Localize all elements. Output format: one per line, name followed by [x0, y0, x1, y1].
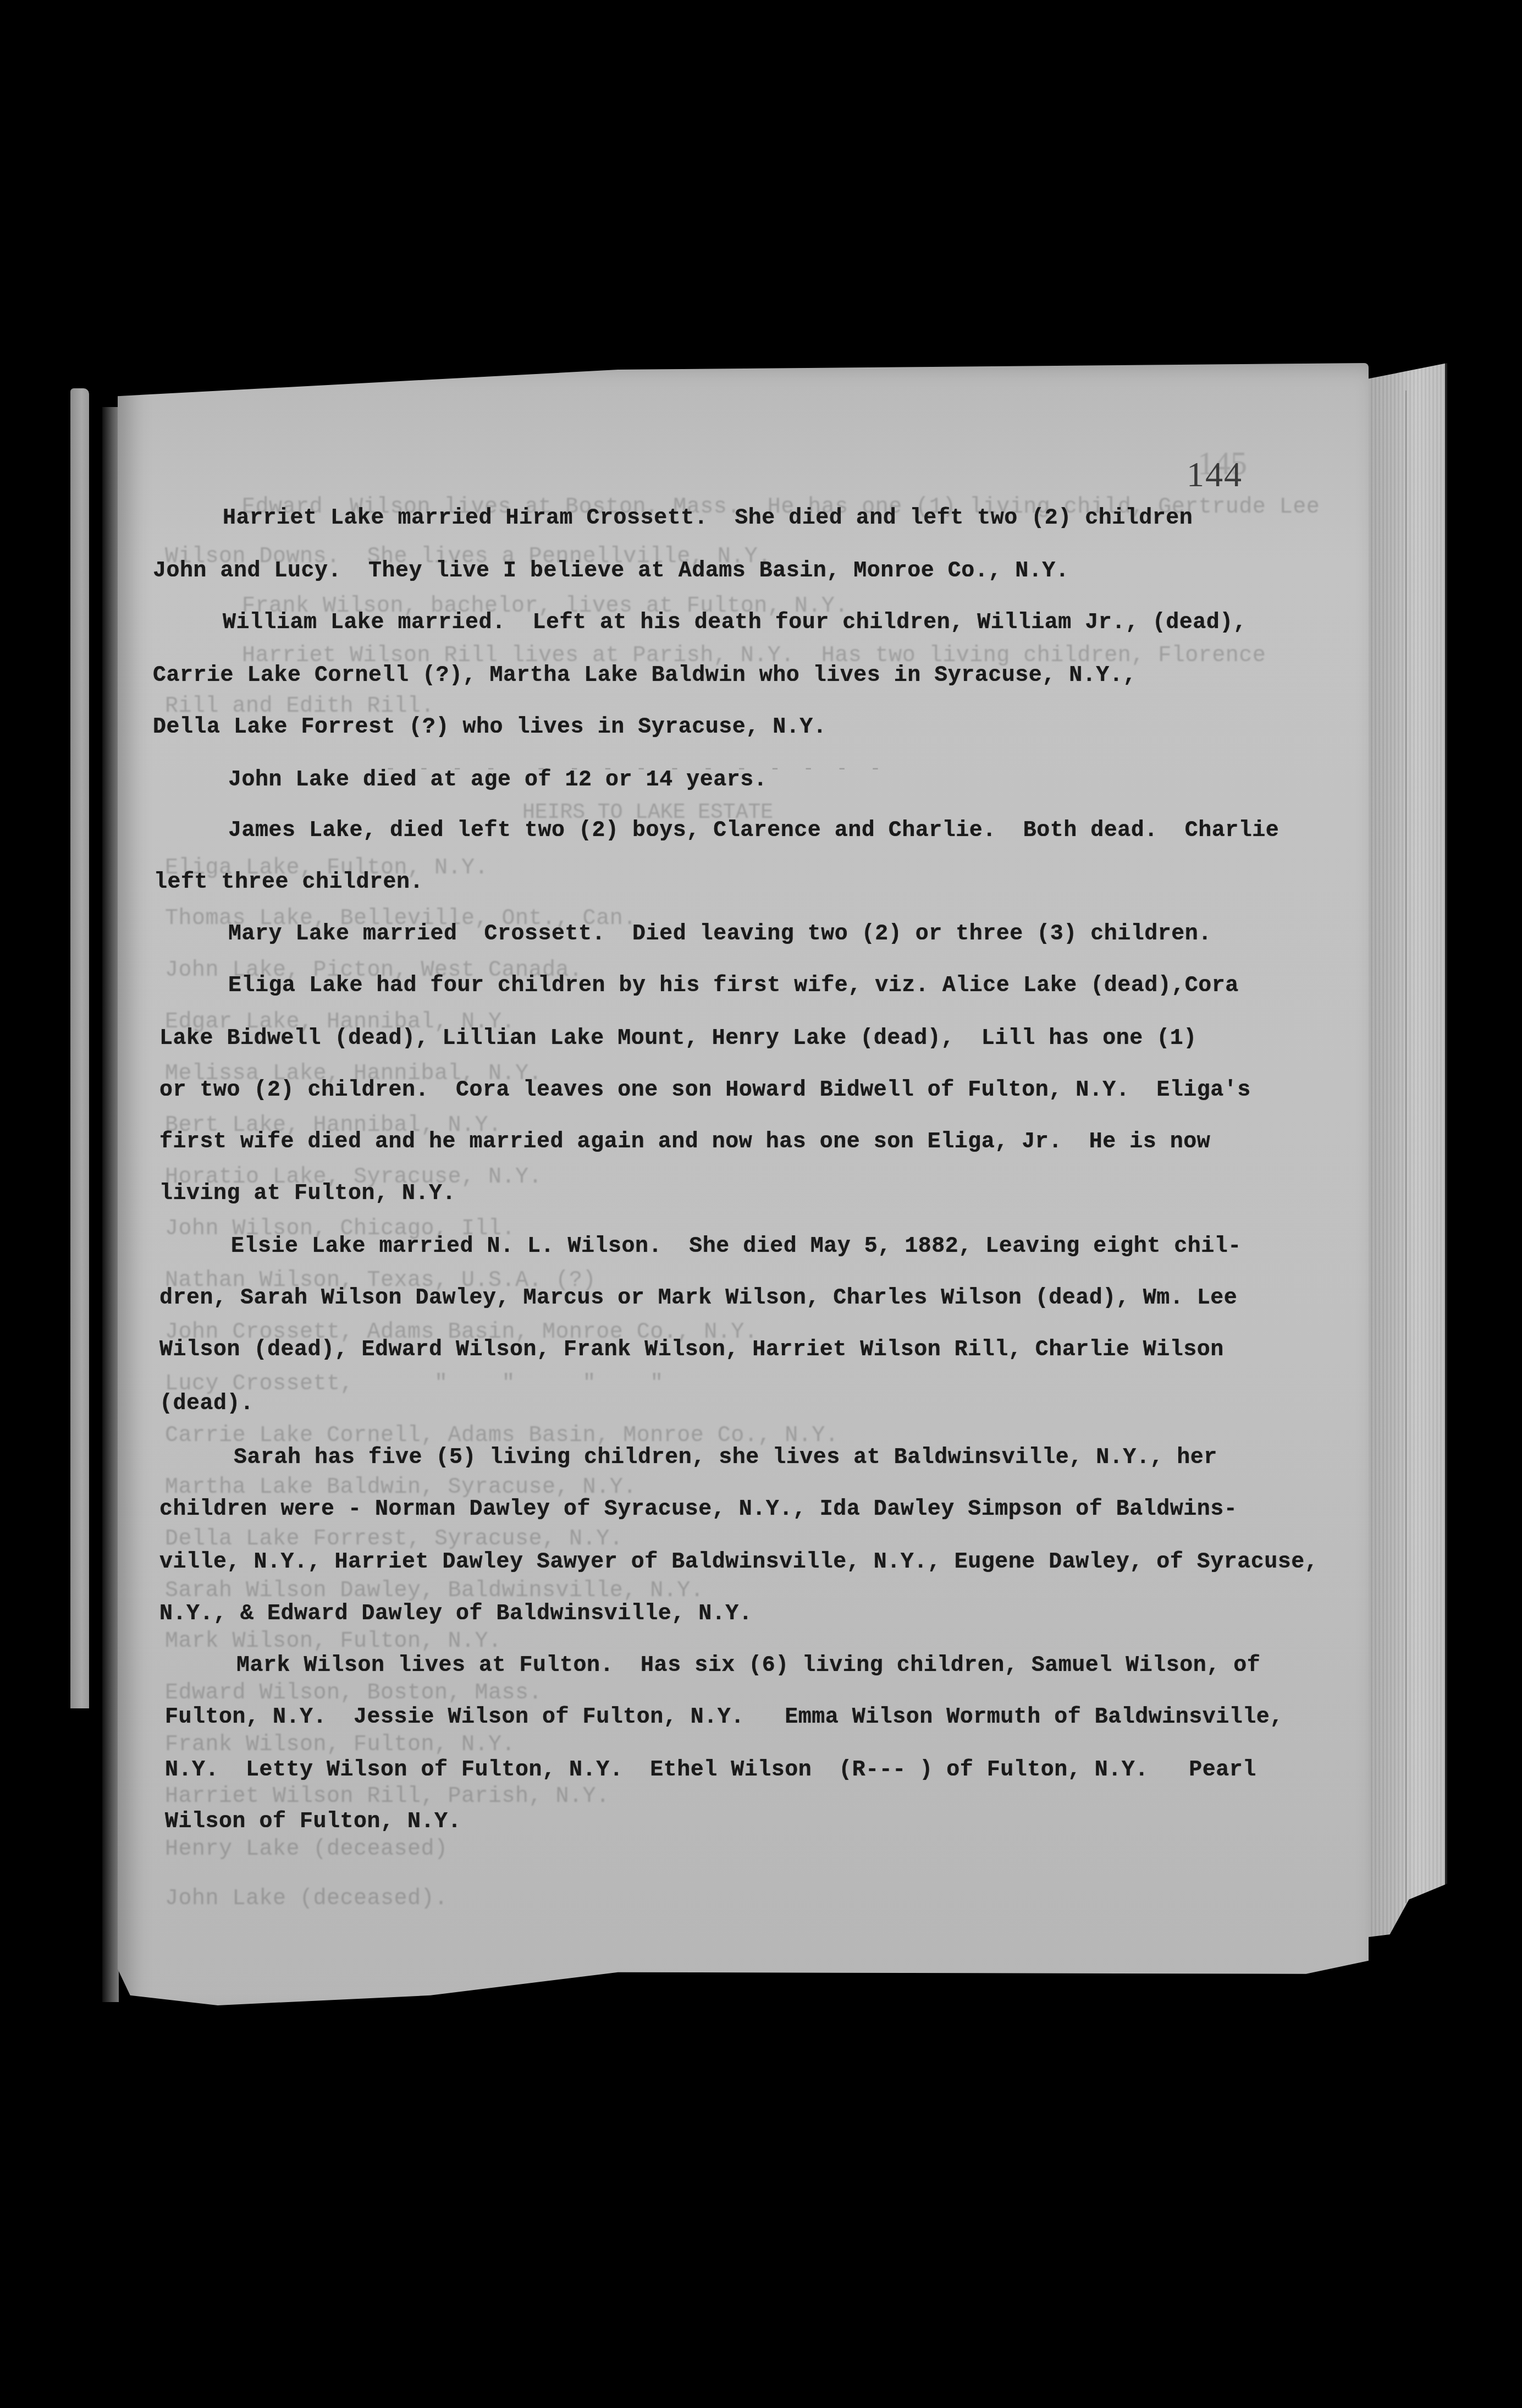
bleed-line: Sarah Wilson Dawley, Baldwinsville, N.Y. — [165, 1579, 704, 1603]
typed-line: Sarah has five (5) living children, she … — [234, 1445, 1217, 1470]
typed-line: Wilson (dead), Edward Wilson, Frank Wils… — [159, 1338, 1224, 1362]
typed-line: first wife died and he married again and… — [159, 1130, 1210, 1154]
typed-line: William Lake married. Left at his death … — [223, 611, 1247, 635]
typed-line: Mark Wilson lives at Fulton. Has six (6)… — [236, 1653, 1260, 1678]
typed-line: Della Lake Forrest (?) who lives in Syra… — [153, 715, 826, 740]
bleed-line: Carrie Lake Cornell, Adams Basin, Monroe… — [165, 1423, 839, 1448]
typed-line: dren, Sarah Wilson Dawley, Marcus or Mar… — [159, 1286, 1237, 1311]
typed-line: Elsie Lake married N. L. Wilson. She die… — [231, 1234, 1242, 1259]
typed-line: James Lake, died left two (2) boys, Clar… — [228, 818, 1279, 843]
typed-line: Carrie Lake Cornell (?), Martha Lake Bal… — [153, 663, 1137, 688]
typed-line: or two (2) children. Cora leaves one son… — [159, 1078, 1251, 1103]
bleed-line: Frank Wilson, Fulton, N.Y. — [165, 1733, 515, 1757]
typed-line: N.Y., & Edward Dawley of Baldwinsville, … — [159, 1602, 752, 1626]
bleed-line: John Lake (deceased). — [165, 1887, 448, 1911]
typed-line: N.Y. Letty Wilson of Fulton, N.Y. Ethel … — [165, 1758, 1256, 1783]
bleed-line: Martha Lake Baldwin, Syracuse, N.Y. — [165, 1475, 637, 1500]
facing-page-edge — [70, 388, 89, 1708]
typed-line: Wilson of Fulton, N.Y. — [165, 1810, 461, 1834]
bleed-line: Henry Lake (deceased) — [165, 1837, 448, 1862]
bleed-line: Harriet Wilson Rill, Parish, N.Y. — [165, 1784, 610, 1809]
typed-line: left three children. — [154, 870, 423, 895]
typed-line: Mary Lake married Crossett. Died leaving… — [228, 922, 1212, 947]
typed-line: ville, N.Y., Harriet Dawley Sawyer of Ba… — [159, 1550, 1318, 1575]
typed-line: (dead). — [159, 1392, 254, 1416]
typed-line: John and Lucy. They live I believe at Ad… — [153, 559, 1069, 584]
page-number: 144 — [1187, 454, 1243, 495]
typed-line: Lake Bidwell (dead), Lillian Lake Mount,… — [159, 1026, 1197, 1051]
bleed-line: Mark Wilson, Fulton, N.Y. — [165, 1629, 502, 1654]
book-gutter-shadow — [102, 407, 119, 2002]
typed-line: children were - Norman Dawley of Syracus… — [159, 1497, 1237, 1522]
typed-line: Fulton, N.Y. Jessie Wilson of Fulton, N.… — [165, 1705, 1283, 1730]
typed-line: John Lake died at age of 12 or 14 years. — [228, 768, 767, 793]
page-edge-line — [1405, 391, 1407, 1903]
bleed-line: Edward Wilson, Boston, Mass. — [165, 1681, 542, 1706]
typed-line: Eliga Lake had four children by his firs… — [228, 974, 1239, 998]
typed-line: Harriet Lake married Hiram Crossett. She… — [223, 506, 1193, 531]
bleed-line: Della Lake Forrest, Syracuse, N.Y. — [165, 1527, 623, 1552]
typed-line: living at Fulton, N.Y. — [159, 1181, 456, 1206]
